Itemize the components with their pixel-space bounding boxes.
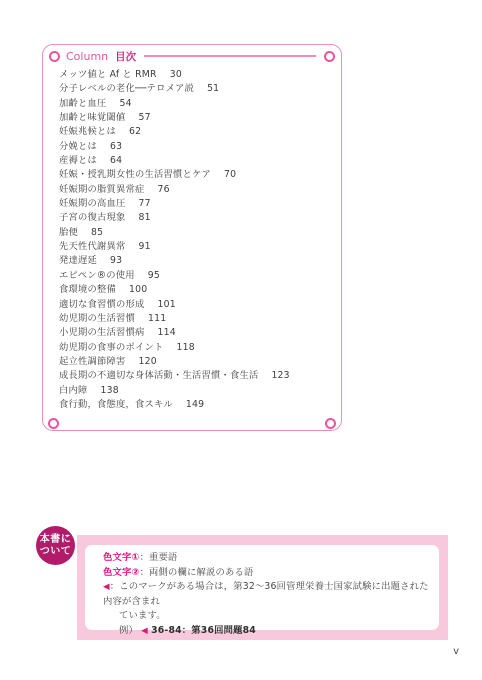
toc-entry: 小児期の生活習慣病 114 [59,324,329,338]
legend-line-4: ています。 [103,609,433,624]
toc-entry-page: 70 [224,169,236,180]
toc-entry: 発達遅延 93 [59,252,329,266]
toc-entry-title: 妊娠期の高血圧 [59,195,125,209]
toc-entry-title: 妊娠期の脂質異常症 [59,181,144,195]
toc-entry-page: 81 [138,212,150,223]
toc-entry-title: 胎便 [59,224,78,238]
toc-entry: 分娩とは 63 [59,138,329,152]
legend-line-2: 色文字②：両側の欄に解説のある語 [103,566,433,581]
toc-entry-page: 93 [110,255,122,266]
toc-entry: 適切な食習慣の形成 101 [59,296,329,310]
exam-mark-icon: ◀ [141,626,148,636]
toc-entry-title: 小児期の生活習慣病 [59,324,144,338]
exam-mark-icon: ◀ [103,582,110,592]
ring-icon [48,418,59,429]
toc-entry: 幼児期の生活習慣 111 [59,310,329,324]
toc-entry-page: 63 [110,141,122,152]
toc-entry-title: 子宮の復古現象 [59,209,125,223]
toc-entry: エピペン®の使用 95 [59,267,329,281]
legend-sep: ： [110,581,120,592]
example-prefix: 例） [119,625,138,636]
example-text: 36-84：第36回問題84 [151,625,256,636]
legend-line-3: ◀：このマークがある場合は，第32～36回管理栄養士国家試験に出題された内容が含… [103,580,433,609]
toc-entry-page: 101 [157,299,175,310]
toc-entry: 加齢と血圧 54 [59,95,329,109]
toc-entry-page: 114 [157,327,175,338]
badge-line2: ついて [40,546,72,558]
toc-entry: 子宮の復古現象 81 [59,209,329,223]
toc-entry: 妊娠・授乳期女性の生活習慣とケア 70 [59,166,329,180]
toc-entry: 妊娠期の高血圧 77 [59,195,329,209]
toc-entry-title: 先天性代謝異常 [59,238,125,252]
column-toc-header: Column 目次 [49,49,335,63]
toc-entry-page: 120 [138,356,156,367]
toc-entry: 食行動，食態度，食スキル 149 [59,396,329,410]
toc-entry-title: 加齢と味覚閾値 [59,109,125,123]
toc-entry-page: 138 [101,385,119,396]
toc-entry-page: 57 [138,112,150,123]
toc-entry-page: 77 [138,198,150,209]
legend-val-1: ：重要語 [140,552,178,563]
toc-entry: 分子レベルの老化──テロメア説 51 [59,80,329,94]
toc-entry-page: 54 [120,98,132,109]
column-toc-box: Column 目次 メッツ値と Af と RMR 30 分子レベルの老化──テロ… [42,44,342,431]
about-legend: 色文字①：重要語 色文字②：両側の欄に解説のある語 ◀：このマークがある場合は，… [103,551,433,638]
badge-line1: 本書に [40,534,72,546]
page-number: v [453,646,459,657]
toc-entry: 幼児期の食事のポイント 118 [59,339,329,353]
toc-entry-title: 妊娠兆候とは [59,123,116,137]
toc-entry-page: 100 [129,284,147,295]
toc-entry-page: 149 [186,399,204,410]
toc-entry: 食環境の整備 100 [59,281,329,295]
toc-entry-title: 妊娠・授乳期女性の生活習慣とケア [59,166,211,180]
toc-entry-page: 85 [91,227,103,238]
toc-entry-page: 123 [271,370,289,381]
toc-entry-title: 幼児期の食事のポイント [59,339,163,353]
toc-entry-title: メッツ値と Af と RMR [59,66,157,80]
column-toc-list: メッツ値と Af と RMR 30 分子レベルの老化──テロメア説 51 加齢と… [59,66,329,410]
ring-icon [325,418,336,429]
toc-entry-title: 分娩とは [59,138,97,152]
toc-entry-title: 適切な食習慣の形成 [59,296,144,310]
toc-entry-page: 64 [110,155,122,166]
toc-entry: 産褥とは 64 [59,152,329,166]
toc-entry-title: エピペン®の使用 [59,267,135,281]
legend-line-1: 色文字①：重要語 [103,551,433,566]
toc-entry: 妊娠兆候とは 62 [59,123,329,137]
toc-entry-title: 分子レベルの老化──テロメア説 [59,80,194,94]
toc-entry-title: 白内障 [59,382,88,396]
toc-entry-title: 食行動，食態度，食スキル [59,396,173,410]
toc-entry: 成長期の不適切な身体活動・生活習慣・食生活 123 [59,367,329,381]
toc-entry-page: 62 [129,126,141,137]
toc-entry-title: 成長期の不適切な身体活動・生活習慣・食生活 [59,367,258,381]
toc-entry: 加齢と味覚閾値 57 [59,109,329,123]
toc-entry-title: 産褥とは [59,152,97,166]
toc-entry: 起立性調節障害 120 [59,353,329,367]
toc-entry-title: 発達遅延 [59,252,97,266]
toc-entry: 妊娠期の脂質異常症 76 [59,181,329,195]
toc-entry-title: 加齢と血圧 [59,95,107,109]
toc-entry-page: 51 [207,83,219,94]
toc-entry-page: 95 [148,270,160,281]
legend-key-1: 色文字① [103,552,140,563]
legend-key-2: 色文字② [103,567,140,578]
toc-entry: 胎便 85 [59,224,329,238]
toc-entry-page: 30 [170,69,182,80]
toc-entry-title: 食環境の整備 [59,281,116,295]
toc-entry-page: 118 [176,342,194,353]
about-book-badge: 本書に ついて [37,527,74,564]
column-toc-title-en: Column [66,50,108,63]
ring-icon [49,51,60,62]
legend-mark-text: このマークがある場合は，第32～36回管理栄養士国家試験に出題された内容が含まれ [103,581,429,607]
header-rule [144,55,316,56]
toc-entry: メッツ値と Af と RMR 30 [59,66,329,80]
ring-icon [324,51,335,62]
legend-line-5: 例） ◀ 36-84：第36回問題84 [103,624,433,639]
legend-val-2: ：両側の欄に解説のある語 [140,567,254,578]
toc-entry-page: 111 [148,313,166,324]
toc-entry-page: 76 [157,184,169,195]
toc-entry-title: 起立性調節障害 [59,353,125,367]
toc-entry-title: 幼児期の生活習慣 [59,310,135,324]
toc-entry: 白内障 138 [59,382,329,396]
column-toc-title-ja: 目次 [115,49,136,64]
toc-entry: 先天性代謝異常 91 [59,238,329,252]
toc-entry-page: 91 [138,241,150,252]
